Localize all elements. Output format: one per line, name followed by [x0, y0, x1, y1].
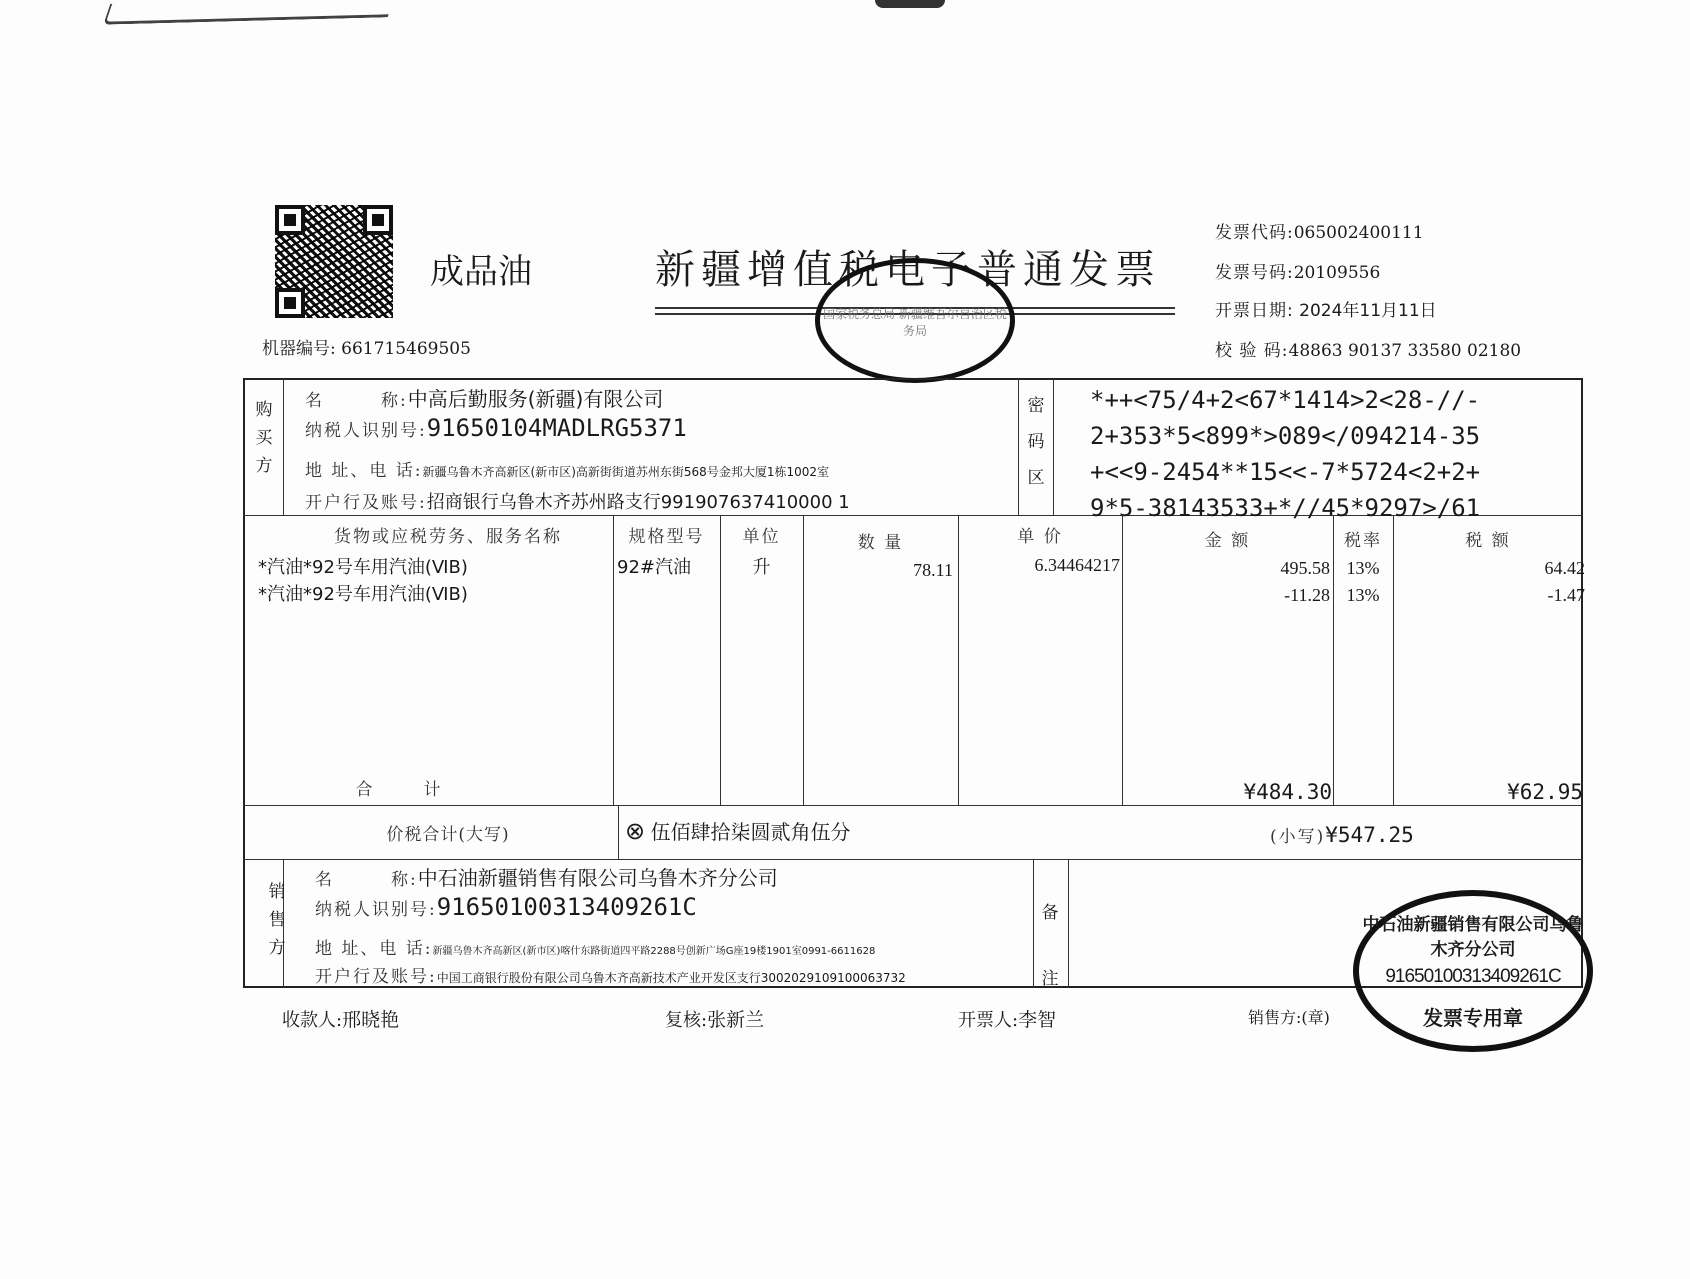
invoice-code-label: 发票代码:	[1215, 223, 1294, 243]
qr-finder-icon	[275, 288, 305, 318]
seller-tax-id: 纳税人识别号:91650100313409261C	[315, 893, 697, 921]
divider	[1053, 378, 1054, 515]
grand-total-words: ⊗ 伍佰肆拾柒圆贰角伍分	[625, 816, 851, 845]
grand-total-small-label: (小写)	[1270, 827, 1325, 847]
seller-tax-id-label: 纳税人识别号:	[315, 900, 437, 920]
tax-bureau-seal: 国家税务总局 新疆维吾尔自治区税务局	[815, 258, 1015, 383]
buyer-address: 地 址、电 话:新疆乌鲁木齐高新区(新市区)高新街街道苏州东街568号金邦大厦1…	[305, 456, 829, 481]
buyer-name-label: 名 称:	[305, 391, 408, 411]
payee-label: 收款人:	[282, 1010, 342, 1031]
item-unit: 升	[720, 553, 803, 579]
qr-finder-icon	[363, 205, 393, 235]
buyer-name: 名 称:中高后勤服务(新疆)有限公司	[305, 383, 663, 412]
invoice-code: 发票代码:065002400111	[1215, 218, 1424, 243]
cipher-line: 9*5-38143533+*//45*9297>/61	[1090, 490, 1480, 526]
buyer-bank-value: 招商银行乌鲁木齐苏州路支行991907637410000 1	[427, 492, 850, 513]
item-price: 6.34464217	[958, 555, 1120, 576]
item-rate: 13%	[1333, 558, 1393, 579]
payee: 收款人:邢晓艳	[282, 1005, 399, 1032]
buyer-tax-id-label: 纳税人识别号:	[305, 421, 427, 441]
seal-tax-id: 91650100313409261C	[1359, 966, 1587, 988]
grand-total-label: 价税合计(大写)	[283, 820, 613, 845]
buyer-bank: 开户行及账号:招商银行乌鲁木齐苏州路支行991907637410000 1	[305, 488, 850, 514]
cipher-line: 2+353*5<899*>089</094214-35	[1090, 418, 1480, 454]
divider	[1033, 859, 1034, 988]
side-char: 方	[252, 452, 276, 480]
item-amount: -11.28	[1122, 585, 1330, 606]
col-header-price: 单 价	[958, 522, 1122, 547]
divider	[803, 515, 804, 805]
qr-code	[275, 205, 393, 318]
check-code: 校 验 码:48863 90137 33580 02180	[1215, 336, 1521, 361]
machine-number: 机器编号: 661715469505	[262, 334, 471, 359]
buyer-address-label: 地 址、电 话:	[305, 461, 423, 481]
cipher-side-label: 密 码 区	[1024, 388, 1048, 496]
side-char: 售	[265, 906, 289, 934]
seller-name: 名 称:中石油新疆销售有限公司乌鲁木齐分公司	[315, 862, 778, 891]
seller-address-value: 新疆乌鲁木齐高新区(新市区)喀什东路街道四平路2288号创新广场G座19楼190…	[433, 946, 876, 957]
seller-bank: 开户行及账号:中国工商银行股份有限公司乌鲁木齐高新技术产业开发区支行300202…	[315, 962, 906, 987]
issue-date: 开票日期: 2024年11月11日	[1215, 296, 1437, 321]
seal-sub-text: 发票专用章	[1359, 1002, 1587, 1031]
issuer: 开票人:李智	[958, 1005, 1056, 1032]
payee-value: 邢晓艳	[342, 1009, 399, 1031]
item-tax: 64.42	[1393, 558, 1585, 579]
check-code-label: 校 验 码:	[1215, 341, 1289, 361]
grand-total-figures: (小写)¥547.25	[1270, 822, 1414, 847]
divider	[1018, 378, 1019, 515]
buyer-tax-id: 纳税人识别号:91650104MADLRG5371	[305, 414, 687, 442]
item-amount: 495.58	[1122, 558, 1330, 579]
col-header-spec: 规格型号	[613, 522, 720, 547]
seller-tax-id-value: 91650100313409261C	[437, 893, 697, 921]
cross-circle-icon: ⊗	[625, 817, 645, 845]
item-name: *汽油*92号车用汽油(ⅥB)	[258, 580, 468, 606]
col-header-rate: 税率	[1333, 526, 1393, 551]
col-header-qty: 数 量	[803, 528, 958, 553]
invoice-number-label: 发票号码:	[1215, 263, 1294, 283]
divider	[283, 378, 284, 515]
grand-total-words-value: 伍佰肆拾柒圆贰角伍分	[651, 820, 851, 844]
qr-finder-icon	[275, 205, 305, 235]
scan-artifact	[103, 0, 395, 25]
buyer-side-label: 购 买 方	[252, 396, 276, 480]
machine-number-value: 661715469505	[341, 339, 471, 359]
seal-arc-text: 中石油新疆销售有限公司乌鲁木齐分公司	[1359, 910, 1587, 960]
item-spec: 92#汽油	[617, 553, 691, 579]
cipher-line: *++<75/4+2<67*1414>2<28-//-	[1090, 382, 1480, 418]
side-char: 买	[252, 424, 276, 452]
divider	[618, 805, 619, 859]
seller-bank-label: 开户行及账号:	[315, 967, 437, 987]
grand-total-figures-value: ¥547.25	[1325, 823, 1414, 847]
issuer-label: 开票人:	[958, 1010, 1018, 1031]
divider	[1068, 859, 1069, 988]
reviewer-label: 复核:	[665, 1010, 707, 1031]
col-header-unit: 单位	[720, 522, 803, 547]
seller-address-label: 地 址、电 话:	[315, 939, 433, 959]
side-char: 备	[1038, 880, 1062, 946]
col-header-name: 货物或应税劳务、服务名称	[283, 522, 613, 547]
buyer-address-value: 新疆乌鲁木齐高新区(新市区)高新街街道苏州东街568号金邦大厦1栋1002室	[423, 465, 829, 479]
seller-bank-value: 中国工商银行股份有限公司乌鲁木齐高新技术产业开发区支行3002029109100…	[437, 971, 906, 985]
invoice-number: 发票号码:20109556	[1215, 258, 1380, 283]
col-header-amount: 金 额	[1122, 526, 1333, 551]
reviewer-value: 张新兰	[707, 1009, 764, 1031]
seller-invoice-seal: 中石油新疆销售有限公司乌鲁木齐分公司 91650100313409261C 发票…	[1353, 890, 1593, 1052]
divider	[613, 515, 614, 805]
seller-name-value: 中石油新疆销售有限公司乌鲁木齐分公司	[418, 866, 778, 890]
scan-artifact	[875, 0, 945, 8]
tax-seal-text: 国家税务总局 新疆维吾尔自治区税务局	[820, 305, 1010, 339]
issue-date-value: 2024年11月11日	[1299, 301, 1437, 321]
invoice-code-value: 065002400111	[1294, 223, 1424, 243]
invoice-category: 成品油	[430, 244, 532, 293]
cipher-area: *++<75/4+2<67*1414>2<28-//- 2+353*5<899*…	[1090, 382, 1480, 526]
remarks-side-label: 备 注	[1038, 880, 1062, 1012]
seller-side-label: 销 售 方	[265, 878, 289, 962]
seller-name-label: 名 称:	[315, 870, 418, 890]
check-code-value: 48863 90137 33580 02180	[1289, 341, 1522, 361]
total-label: 合 计	[283, 775, 513, 800]
item-tax: -1.47	[1393, 585, 1585, 606]
item-rate: 13%	[1333, 585, 1393, 606]
buyer-bank-label: 开户行及账号:	[305, 493, 427, 513]
machine-number-label: 机器编号:	[262, 339, 336, 359]
buyer-name-value: 中高后勤服务(新疆)有限公司	[408, 387, 664, 411]
buyer-tax-id-value: 91650104MADLRG5371	[427, 414, 687, 442]
total-amount: ¥484.30	[1122, 780, 1332, 804]
side-char: 销	[265, 878, 289, 906]
side-char: 区	[1024, 460, 1048, 496]
cipher-line: +<<9-2454**15<<-7*5724<2+2+	[1090, 454, 1480, 490]
invoice-number-value: 20109556	[1294, 263, 1381, 283]
seller-address: 地 址、电 话:新疆乌鲁木齐高新区(新市区)喀什东路街道四平路2288号创新广场…	[315, 934, 875, 959]
side-char: 购	[252, 396, 276, 424]
item-name: *汽油*92号车用汽油(ⅥB)	[258, 553, 468, 579]
seller-stamp-label: 销售方:(章)	[1248, 1005, 1330, 1028]
divider	[243, 805, 1583, 806]
total-tax: ¥62.95	[1393, 780, 1583, 804]
item-qty: 78.11	[803, 560, 953, 581]
side-char: 密	[1024, 388, 1048, 424]
issuer-value: 李智	[1018, 1009, 1056, 1031]
col-header-tax: 税 额	[1393, 526, 1583, 551]
side-char: 方	[265, 934, 289, 962]
reviewer: 复核:张新兰	[665, 1005, 764, 1032]
issue-date-label: 开票日期:	[1215, 301, 1294, 321]
side-char: 码	[1024, 424, 1048, 460]
divider	[243, 859, 1583, 860]
side-char: 注	[1038, 946, 1062, 1012]
